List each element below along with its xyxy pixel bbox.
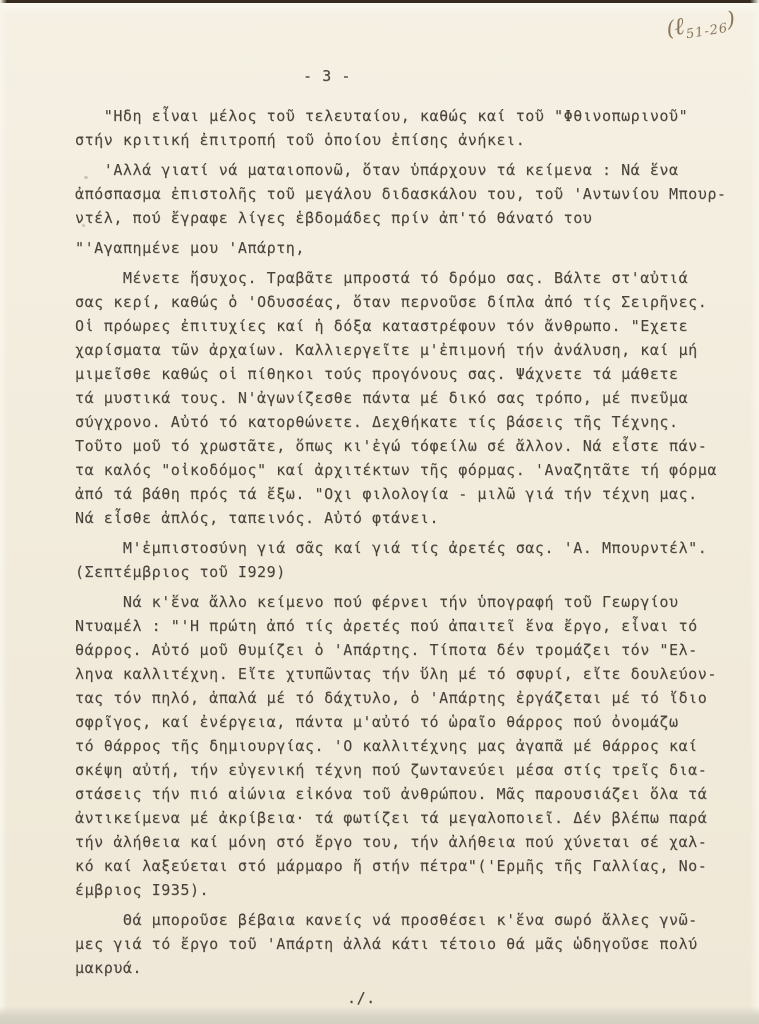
text-line: Μ'ἐμπιστοσύνη γιά σᾶς καί γιά τίς ἀρετές… xyxy=(75,536,723,560)
document-text: - 3 - "Ηδη εἶναι μέλος τοῦ τελευταίου, κ… xyxy=(75,64,723,1010)
text-line: ἀπόσπασμα ἐπιστολῆς τοῦ μεγάλου διδασκάλ… xyxy=(75,182,723,206)
text-line: 'Αλλά γιατί νά ματαιοπονῶ, ὅταν ὑπάρχουν… xyxy=(75,158,723,182)
text-line: σύγχρονο. Αὐτό τό κατορθώνετε. Δεχθήκατε… xyxy=(75,410,723,434)
page-number: - 3 - xyxy=(75,64,723,88)
text-line: χαρίσματα τῶν ἀρχαίων. Καλλιεργεῖτε μ'ἐπ… xyxy=(75,338,723,362)
text-line: σφρῖγος, καί ἐνέργεια, πάντα μ'αὐτό τό ὡ… xyxy=(75,710,723,734)
text-line: μες γιά τό ἔργο τοῦ 'Απάρτη ἀλλά κάτι τέ… xyxy=(75,932,723,956)
text-line: στήν κριτική ἐπιτροπή τοῦ ὁποίου ἐπίσης … xyxy=(75,128,723,152)
text-line: τα καλός "οἰκοδόμος" καί ἀρχιτέκτων τῆς … xyxy=(75,458,723,482)
text-line: Οἱ πρόωρες ἐπιτυχίες καί ἡ δόξα καταστρέ… xyxy=(75,314,723,338)
text-line: τά μυστικά τους. Ν'ἀγωνίζεσθε πάντα μέ δ… xyxy=(75,386,723,410)
paragraph: "'Αγαπημένε μου 'Απάρτη, xyxy=(75,236,723,260)
paragraph: Μένετε ἥσυχος. Τραβᾶτε μπροστά τό δρόμο … xyxy=(75,266,723,530)
text-line: Θά μποροῦσε βέβαια κανείς νά προσθέσει κ… xyxy=(75,908,723,932)
text-line: κό καί λαξεύεται στό μάρμαρο ἤ στήν πέτρ… xyxy=(75,854,723,878)
text-line: ἀντικείμενα μέ ἀκρίβεια· τά φωτίζει τά μ… xyxy=(75,806,723,830)
text-line: μακρυά. xyxy=(75,956,723,980)
text-line: Μένετε ἥσυχος. Τραβᾶτε μπροστά τό δρόμο … xyxy=(75,266,723,290)
text-line: ληνα καλλιτέχνη. Εἴτε χτυπῶντας τήν ὕλη … xyxy=(75,662,723,686)
text-line: Νά κ'ἕνα ἄλλο κείμενο πού φέρνει τήν ὑπο… xyxy=(75,590,723,614)
paragraphs-container: "Ηδη εἶναι μέλος τοῦ τελευταίου, καθώς κ… xyxy=(75,104,723,980)
text-line: θάρρος. Αὐτό μοῦ θυμίζει ὁ 'Απάρτης. Τίπ… xyxy=(75,638,723,662)
handwritten-number: 51-26 xyxy=(685,21,729,42)
text-line: Ντυαμέλ : "'Η πρώτη ἀπό τίς ἀρετές πού ἀ… xyxy=(75,614,723,638)
paragraph: Μ'ἐμπιστοσύνη γιά σᾶς καί γιά τίς ἀρετές… xyxy=(75,536,723,584)
text-line: σας κερί, καθώς ὁ 'Οδυσσέας, ὅταν περνοῦ… xyxy=(75,290,723,314)
text-line: σκέψη αὐτή, τήν εὐγενική τέχνη πού ζωντα… xyxy=(75,758,723,782)
paragraph: "Ηδη εἶναι μέλος τοῦ τελευταίου, καθώς κ… xyxy=(75,104,723,152)
text-line: ἀπό τά βάθη πρός τά ἔξω. "Οχι φιλολογία … xyxy=(75,482,723,506)
text-line: τήν ἀλήθεια καί μόνη στό ἔργο του, τήν ἀ… xyxy=(75,830,723,854)
scan-edge-left xyxy=(0,0,7,1024)
text-line: "Ηδη εἶναι μέλος τοῦ τελευταίου, καθώς κ… xyxy=(75,104,723,128)
text-line: έμβριος I935). xyxy=(75,878,723,902)
text-line: Νά εἶσθε ἁπλός, ταπεινός. Αὐτό φτάνει. xyxy=(75,506,723,530)
continuation-mark: ./. xyxy=(75,986,723,1010)
text-line: μιμεῖσθε καθώς οἱ πίθηκοι τούς προγόνους… xyxy=(75,362,723,386)
text-line: Τοῦτο μοῦ τό χρωστᾶτε, ὅπως κι'ἐγώ τόφεί… xyxy=(75,434,723,458)
scan-edge-top-highlight xyxy=(0,3,759,15)
text-line: ντέλ, πού ἔγραφε λίγες ἑβδομάδες πρίν ἀπ… xyxy=(75,206,723,230)
text-line: στάσεις τήν πιό αἰώνια εἰκόνα τοῦ ἀνθρώπ… xyxy=(75,782,723,806)
text-line: "'Αγαπημένε μου 'Απάρτη, xyxy=(75,236,723,260)
text-line: τό θάρρος τῆς δημιουργίας. 'Ο καλλιτέχνη… xyxy=(75,734,723,758)
scan-edge-right xyxy=(750,0,759,1024)
paragraph: 'Αλλά γιατί νά ματαιοπονῶ, ὅταν ὑπάρχουν… xyxy=(75,158,723,230)
text-line: τας τόν πηλό, ἁπαλά μέ τό δάχτυλο, ὁ 'Απ… xyxy=(75,686,723,710)
scanned-page: (ℓ51-26) - 3 - "Ηδη εἶναι μέλος τοῦ τελε… xyxy=(0,0,759,1024)
text-line: (Σεπτέμβριος τοῦ I929) xyxy=(75,560,723,584)
paragraph: Θά μποροῦσε βέβαια κανείς νά προσθέσει κ… xyxy=(75,908,723,980)
paragraph: Νά κ'ἕνα ἄλλο κείμενο πού φέρνει τήν ὑπο… xyxy=(75,590,723,902)
